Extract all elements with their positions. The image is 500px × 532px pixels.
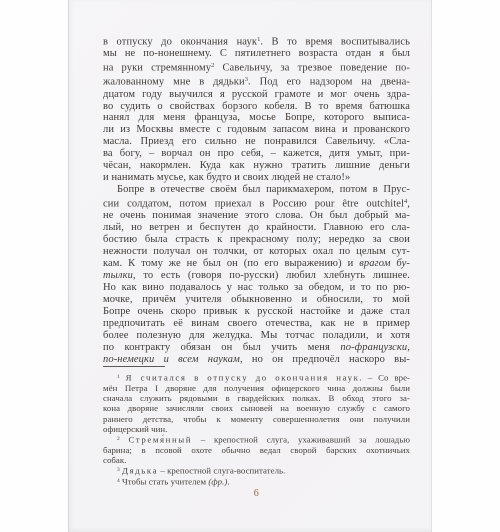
text-segment: раннего детства, чтобы к моменту соверше… xyxy=(103,414,410,424)
text-line: на руки стремянному2 Савельичу, за трезв… xyxy=(103,60,410,74)
text-segment: лый, но ветрен и беспутен до крайности. … xyxy=(103,222,410,233)
footnote: 4 Чтобы стать учителем (фр.). xyxy=(103,476,410,487)
text-segment: сии солдатом, потом приехал в Россию pou… xyxy=(103,198,404,209)
text-segment: более полезную для желудка. Мы тотчас по… xyxy=(103,330,410,341)
text-line: дцатом году выучился я русской грамоте и… xyxy=(103,89,410,101)
text-line: 2 Стремя́нный – крепостной слуга, ухажив… xyxy=(103,434,410,445)
text-line: во судить о свойствах борзого кобеля. В … xyxy=(103,101,410,113)
text-line: ва богу, – ворчал он про себя, – кажется… xyxy=(103,148,410,160)
text-segment: сначала служить рядовыми в гвардейских п… xyxy=(103,393,410,403)
text-line: барина; в псовой охоте обычно ведал свор… xyxy=(103,445,410,455)
text-line: 3 Дядька – крепостной слуга-воспитатель. xyxy=(103,465,410,476)
text-line: кам. К тому же не был он (по его выражен… xyxy=(103,258,410,270)
main-text-block: в отпуску до окончания наук1. В то время… xyxy=(103,34,410,366)
text-segment: . – Со вре- xyxy=(360,373,410,383)
text-segment: . Под его надзором на двена- xyxy=(248,77,410,88)
text-segment: нежности получал он толчки, от которых о… xyxy=(103,246,410,257)
text-line: нанял для меня француза, мосье Бопре, ко… xyxy=(103,112,410,124)
text-segment: и нанимать мусье, как будто и своих люде… xyxy=(103,172,350,183)
text-segment: масла. Приезд его сильно не понравился С… xyxy=(103,136,410,147)
text-line: сии солдатом, потом приехал в Россию pou… xyxy=(103,196,410,210)
text-segment: мы не по-нонешнему. С пятилетнего возрас… xyxy=(103,48,410,59)
text-line: ли из Москвы вместе с годовым запасом ви… xyxy=(103,124,410,136)
text-line: раннего детства, чтобы к моменту соверше… xyxy=(103,414,410,424)
text-segment: Бопре очень скоро привык к русской насто… xyxy=(103,306,410,317)
text-line: жалованному мне в дядьки3. Под его надзо… xyxy=(103,74,410,88)
text-line: кона дворяне зачисляли своих сыновей на … xyxy=(103,403,410,413)
text-segment: (фр.) xyxy=(208,477,227,487)
text-segment: ли из Москвы вместе с годовым запасом ви… xyxy=(103,124,410,135)
text-line: Бопре в отечестве своём был парикмахером… xyxy=(103,184,410,196)
text-line: сначала служить рядовыми в гвардейских п… xyxy=(103,393,410,403)
text-segment: Стремя́нный xyxy=(128,435,192,445)
text-line: по-немецки и всем наукам, но он предпочё… xyxy=(103,354,410,366)
text-segment: Бопре в отечестве своём был парикмахером… xyxy=(117,184,410,195)
text-segment: на руки стремянному xyxy=(103,62,211,73)
text-line: 4 Чтобы стать учителем (фр.). xyxy=(103,476,410,487)
text-segment: предпочитать её винам своего отечества, … xyxy=(103,318,410,329)
text-line: тылки, то есть (говоря по-русски) любил … xyxy=(103,270,410,282)
text-line: и нанимать мусье, как будто и своих люде… xyxy=(103,172,410,184)
text-segment: жалованному мне в дядьки xyxy=(103,77,245,88)
text-segment: офицерский чин. xyxy=(103,424,167,434)
text-segment: во судить о свойствах борзого кобеля. В … xyxy=(103,101,410,112)
text-segment: дцатом году выучился я русской грамоте и… xyxy=(103,89,410,100)
text-line: собак. xyxy=(103,455,410,465)
book-page: в отпуску до окончания наук1. В то время… xyxy=(68,0,432,532)
text-line: более полезную для желудка. Мы тотчас по… xyxy=(103,330,410,342)
text-segment: не очень понимая значение этого слова. О… xyxy=(103,210,410,221)
text-line: бостию была страсть к прекрасному полу; … xyxy=(103,234,410,246)
text-segment: по-французски, xyxy=(340,342,410,353)
text-segment: мён Петра I дворяне для получения офицер… xyxy=(103,383,410,393)
text-line: масла. Приезд его сильно не понравился С… xyxy=(103,136,410,148)
text-segment: по контракту обязан он был учить меня xyxy=(103,342,340,353)
text-segment: . В то время воспитывались xyxy=(260,36,410,47)
text-line: лый, но ветрен и беспутен до крайности. … xyxy=(103,222,410,234)
text-segment: , то есть (говоря по-русски) любил хлебн… xyxy=(133,270,410,281)
text-segment: нанял для меня француза, мосье Бопре, ко… xyxy=(103,112,410,123)
text-segment: кам. К тому же не был он (по его выражен… xyxy=(103,258,359,269)
text-segment: Савельичу, за трезвое поведение по- xyxy=(214,62,410,73)
footnotes-block: 1 Я считался в отпуску до окончания наук… xyxy=(103,372,410,487)
text-segment: мочке, причём учителя обыкновенно и обно… xyxy=(103,294,410,305)
text-segment: тылки xyxy=(103,270,133,281)
text-line: по контракту обязан он был учить меня по… xyxy=(103,342,410,354)
text-line: в отпуску до окончания наук1. В то время… xyxy=(103,34,410,48)
text-segment: Но как вино подавалось у нас только за о… xyxy=(103,282,410,293)
page-number: 6 xyxy=(103,488,410,499)
text-segment: барина; в псовой охоте обычно ведал свор… xyxy=(103,445,410,455)
footnote: 1 Я считался в отпуску до окончания наук… xyxy=(103,372,410,434)
text-line: мочке, причём учителя обыкновенно и обно… xyxy=(103,294,410,306)
text-segment: ва богу, – ворчал он про себя, – кажется… xyxy=(103,148,410,159)
text-line: не очень понимая значение этого слова. О… xyxy=(103,210,410,222)
text-segment: в отпуску до окончания наук xyxy=(103,36,257,47)
text-line: Бопре очень скоро привык к русской насто… xyxy=(103,306,410,318)
text-segment: – крепостной слуга-воспитатель. xyxy=(158,466,285,476)
text-segment: врагом бу- xyxy=(359,258,410,269)
text-line: Но как вино подавалось у нас только за о… xyxy=(103,282,410,294)
text-segment: Я считался в отпуску до окончания наук xyxy=(126,373,360,383)
footnote: 2 Стремя́нный – крепостной слуга, ухажив… xyxy=(103,434,410,465)
text-line: офицерский чин. xyxy=(103,424,410,434)
footnote: 3 Дядька – крепостной слуга-воспитатель. xyxy=(103,465,410,476)
text-segment: Чтобы стать учителем xyxy=(120,477,209,487)
text-line: предпочитать её винам своего отечества, … xyxy=(103,318,410,330)
text-segment: – крепостной слуга, ухаживавший за лошад… xyxy=(192,435,410,445)
text-segment: чёсан, накормлен. Куда как нужно тратить… xyxy=(103,160,410,171)
text-segment: . xyxy=(227,477,229,487)
text-line: мён Петра I дворяне для получения офицер… xyxy=(103,383,410,393)
text-line: 1 Я считался в отпуску до окончания наук… xyxy=(103,372,410,383)
text-segment: , xyxy=(407,198,410,209)
text-segment: по-немецки и всем наукам xyxy=(103,354,240,365)
text-line: чёсан, накормлен. Куда как нужно тратить… xyxy=(103,160,410,172)
text-line: нежности получал он толчки, от которых о… xyxy=(103,246,410,258)
paragraph: Бопре в отечестве своём был парикмахером… xyxy=(103,184,410,366)
text-segment: Дядька xyxy=(122,466,158,476)
paragraph: в отпуску до окончания наук1. В то время… xyxy=(103,34,410,184)
text-segment: , но он предпочёл наскоро вы- xyxy=(240,354,410,365)
text-line: мы не по-нонешнему. С пятилетнего возрас… xyxy=(103,48,410,60)
text-segment: собак. xyxy=(103,455,126,465)
text-segment: бостию была страсть к прекрасному полу; … xyxy=(103,234,410,245)
footnote-separator xyxy=(103,366,165,367)
text-segment: кона дворяне зачисляли своих сыновей на … xyxy=(103,403,410,413)
